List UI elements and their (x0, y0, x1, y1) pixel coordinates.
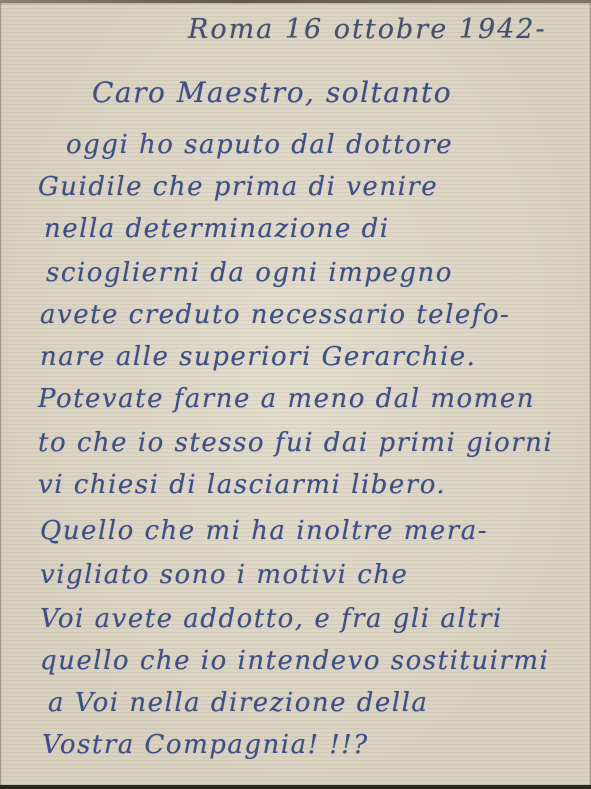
letter-line: to che io stesso fui dai primi giorni (38, 428, 553, 458)
letter-line: scioglierni da ogni impegno (46, 258, 453, 288)
letter-line: Vostra Compagnia! !!? (42, 730, 369, 760)
letter-sheet: Roma 16 ottobre 1942- Caro Maestro, solt… (0, 0, 591, 789)
letter-line: nella determinazione di (44, 214, 390, 244)
letter-line: vigliato sono i motivi che (40, 560, 408, 590)
letter-line: avete creduto necessario telefo- (40, 300, 510, 330)
letter-line: Voi avete addotto, e fra gli altri (40, 604, 503, 634)
letter-line: oggi ho saputo dal dottore (66, 130, 453, 160)
letter-line: a Voi nella direzione della (48, 688, 428, 718)
letter-line: vi chiesi di lasciarmi libero. (38, 470, 446, 500)
letter-line: Quello che mi ha inoltre mera- (40, 516, 488, 546)
letter-salutation: Caro Maestro, soltanto (92, 76, 452, 109)
letter-line: Guidile che prima di venire (38, 172, 438, 202)
letter-line: Potevate farne a meno dal momen (38, 384, 535, 414)
paper-top-edge (0, 0, 591, 3)
letter-date: Roma 16 ottobre 1942- (188, 14, 547, 45)
letter-line: quello che io intendevo sostituirmi (40, 646, 549, 676)
paper-bottom-edge (0, 785, 591, 789)
letter-line: nare alle superiori Gerarchie. (40, 342, 476, 372)
